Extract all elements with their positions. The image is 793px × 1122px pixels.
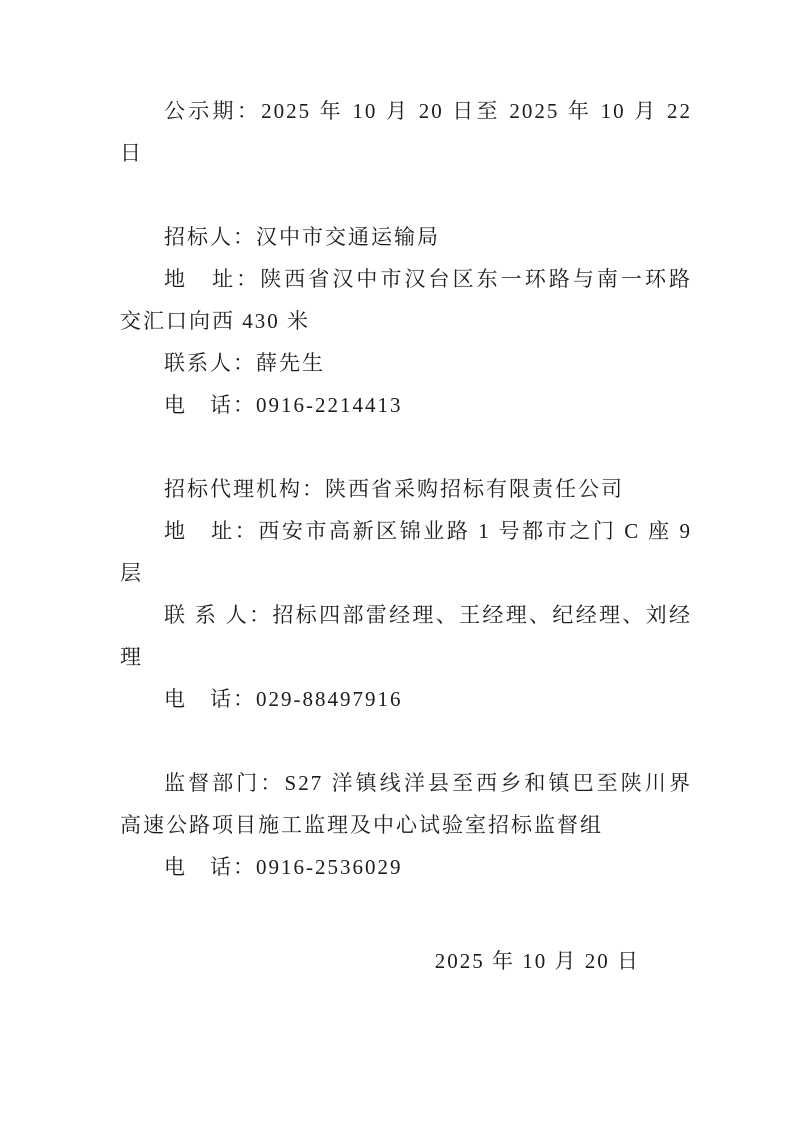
tenderer-phone-label: 电 话： bbox=[164, 393, 256, 417]
supervision-dept-label: 监督部门： bbox=[164, 771, 285, 795]
tenderer-address-label: 地 址： bbox=[164, 267, 260, 291]
tenderer-section: 招标人：汉中市交通运输局 地 址：陕西省汉中市汉台区东一环路与南一环路交汇口向西… bbox=[120, 216, 692, 426]
supervision-phone-value: 0916-2536029 bbox=[256, 855, 403, 879]
agency-name-line: 招标代理机构：陕西省采购招标有限责任公司 bbox=[120, 468, 692, 510]
agency-contact-label: 联 系 人： bbox=[164, 603, 272, 627]
supervision-section: 监督部门：S27 洋镇线洋县至西乡和镇巴至陕川界高速公路项目施工监理及中心试验室… bbox=[120, 762, 692, 888]
tenderer-phone-value: 0916-2214413 bbox=[256, 393, 403, 417]
tenderer-name-line: 招标人：汉中市交通运输局 bbox=[120, 216, 692, 258]
supervision-phone-label: 电 话： bbox=[164, 855, 256, 879]
tenderer-contact-label: 联系人： bbox=[164, 351, 256, 375]
agency-phone-line: 电 话：029-88497916 bbox=[120, 678, 692, 720]
agency-phone-value: 029-88497916 bbox=[256, 687, 403, 711]
agency-phone-label: 电 话： bbox=[164, 687, 256, 711]
tenderer-contact-line: 联系人：薛先生 bbox=[120, 342, 692, 384]
tenderer-phone-line: 电 话：0916-2214413 bbox=[120, 384, 692, 426]
tenderer-address-line: 地 址：陕西省汉中市汉台区东一环路与南一环路交汇口向西 430 米 bbox=[120, 258, 692, 342]
supervision-phone-line: 电 话：0916-2536029 bbox=[120, 846, 692, 888]
publicity-period-label: 公示期： bbox=[164, 99, 261, 123]
agency-name-label: 招标代理机构： bbox=[164, 477, 325, 501]
supervision-dept-line: 监督部门：S27 洋镇线洋县至西乡和镇巴至陕川界高速公路项目施工监理及中心试验室… bbox=[120, 762, 692, 846]
agency-contact-line: 联 系 人：招标四部雷经理、王经理、纪经理、刘经理 bbox=[120, 594, 692, 678]
tenderer-name-label: 招标人： bbox=[164, 225, 256, 249]
tenderer-name-value: 汉中市交通运输局 bbox=[256, 225, 440, 249]
publicity-period-line: 公示期：2025 年 10 月 20 日至 2025 年 10 月 22 日 bbox=[120, 90, 692, 174]
agency-address-line: 地 址：西安市高新区锦业路 1 号都市之门 C 座 9 层 bbox=[120, 510, 692, 594]
document-page: 公示期：2025 年 10 月 20 日至 2025 年 10 月 22 日 招… bbox=[0, 0, 793, 1122]
agency-address-label: 地 址： bbox=[164, 519, 258, 543]
tenderer-contact-value: 薛先生 bbox=[256, 351, 325, 375]
document-body: 公示期：2025 年 10 月 20 日至 2025 年 10 月 22 日 招… bbox=[120, 90, 692, 982]
document-date: 2025 年 10 月 20 日 bbox=[120, 940, 692, 982]
publicity-period-section: 公示期：2025 年 10 月 20 日至 2025 年 10 月 22 日 bbox=[120, 90, 692, 174]
agency-name-value: 陕西省采购招标有限责任公司 bbox=[325, 477, 624, 501]
agency-section: 招标代理机构：陕西省采购招标有限责任公司 地 址：西安市高新区锦业路 1 号都市… bbox=[120, 468, 692, 720]
